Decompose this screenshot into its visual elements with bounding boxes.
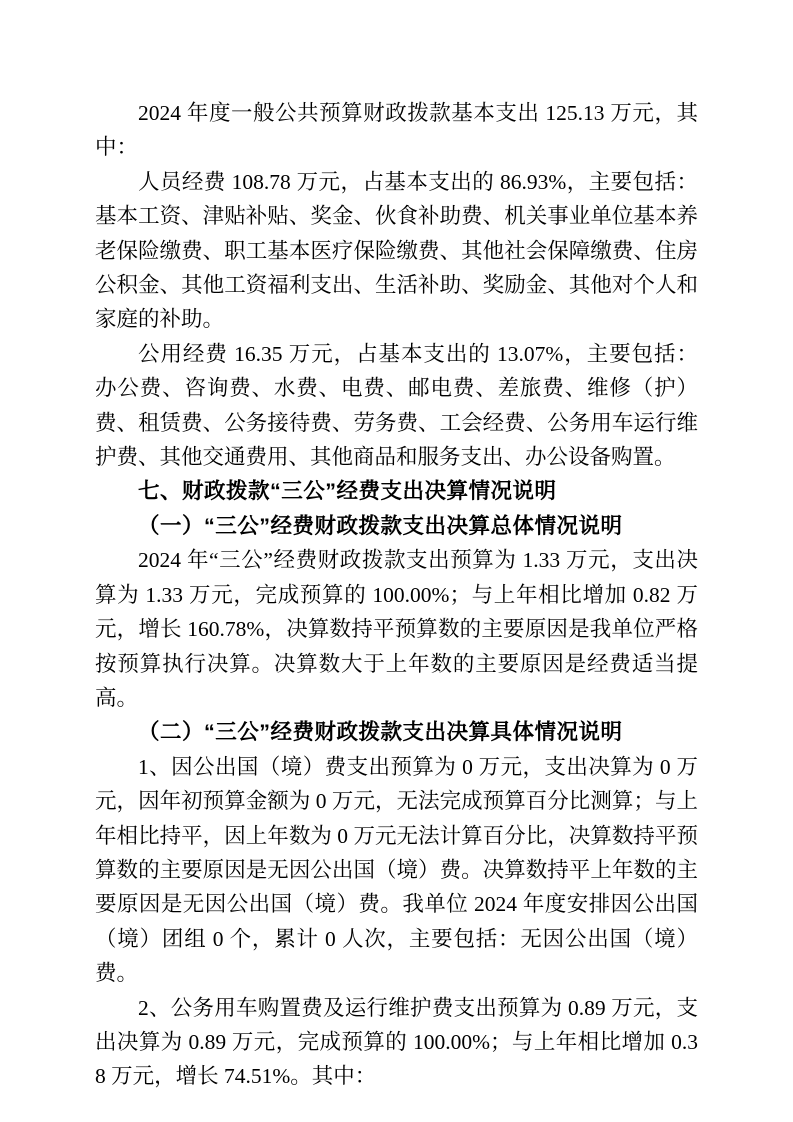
paragraph-three-public-overall-explanation: 2024 年“三公”经费财政拨款支出预算为 1.33 万元，支出决算为 1.33… <box>95 543 698 715</box>
heading-subsection-two-specific-situation: （二）“三公”经费财政拨款支出决算具体情况说明 <box>95 715 698 749</box>
paragraph-official-vehicle-expenses: 2、公务用车购置费及运行维护费支出预算为 0.89 万元，支出决算为 0.89 … <box>95 991 698 1094</box>
paragraph-overseas-trips-expenses: 1、因公出国（境）费支出预算为 0 万元，支出决算为 0 万元，因年初预算金额为… <box>95 750 698 991</box>
heading-subsection-one-overall-situation: （一）“三公”经费财政拨款支出决算总体情况说明 <box>95 509 698 543</box>
heading-section-seven-three-public-funds: 七、财政拨款“三公”经费支出决算情况说明 <box>95 474 698 508</box>
paragraph-personnel-expenses: 人员经费 108.78 万元，占基本支出的 86.93%，主要包括：基本工资、津… <box>95 165 698 337</box>
paragraph-public-utility-expenses: 公用经费 16.35 万元，占基本支出的 13.07%，主要包括：办公费、咨询费… <box>95 337 698 475</box>
document-page: 2024 年度一般公共预算财政拨款基本支出 125.13 万元，其中： 人员经费… <box>0 0 793 1122</box>
paragraph-basic-expenditure-total: 2024 年度一般公共预算财政拨款基本支出 125.13 万元，其中： <box>95 96 698 165</box>
